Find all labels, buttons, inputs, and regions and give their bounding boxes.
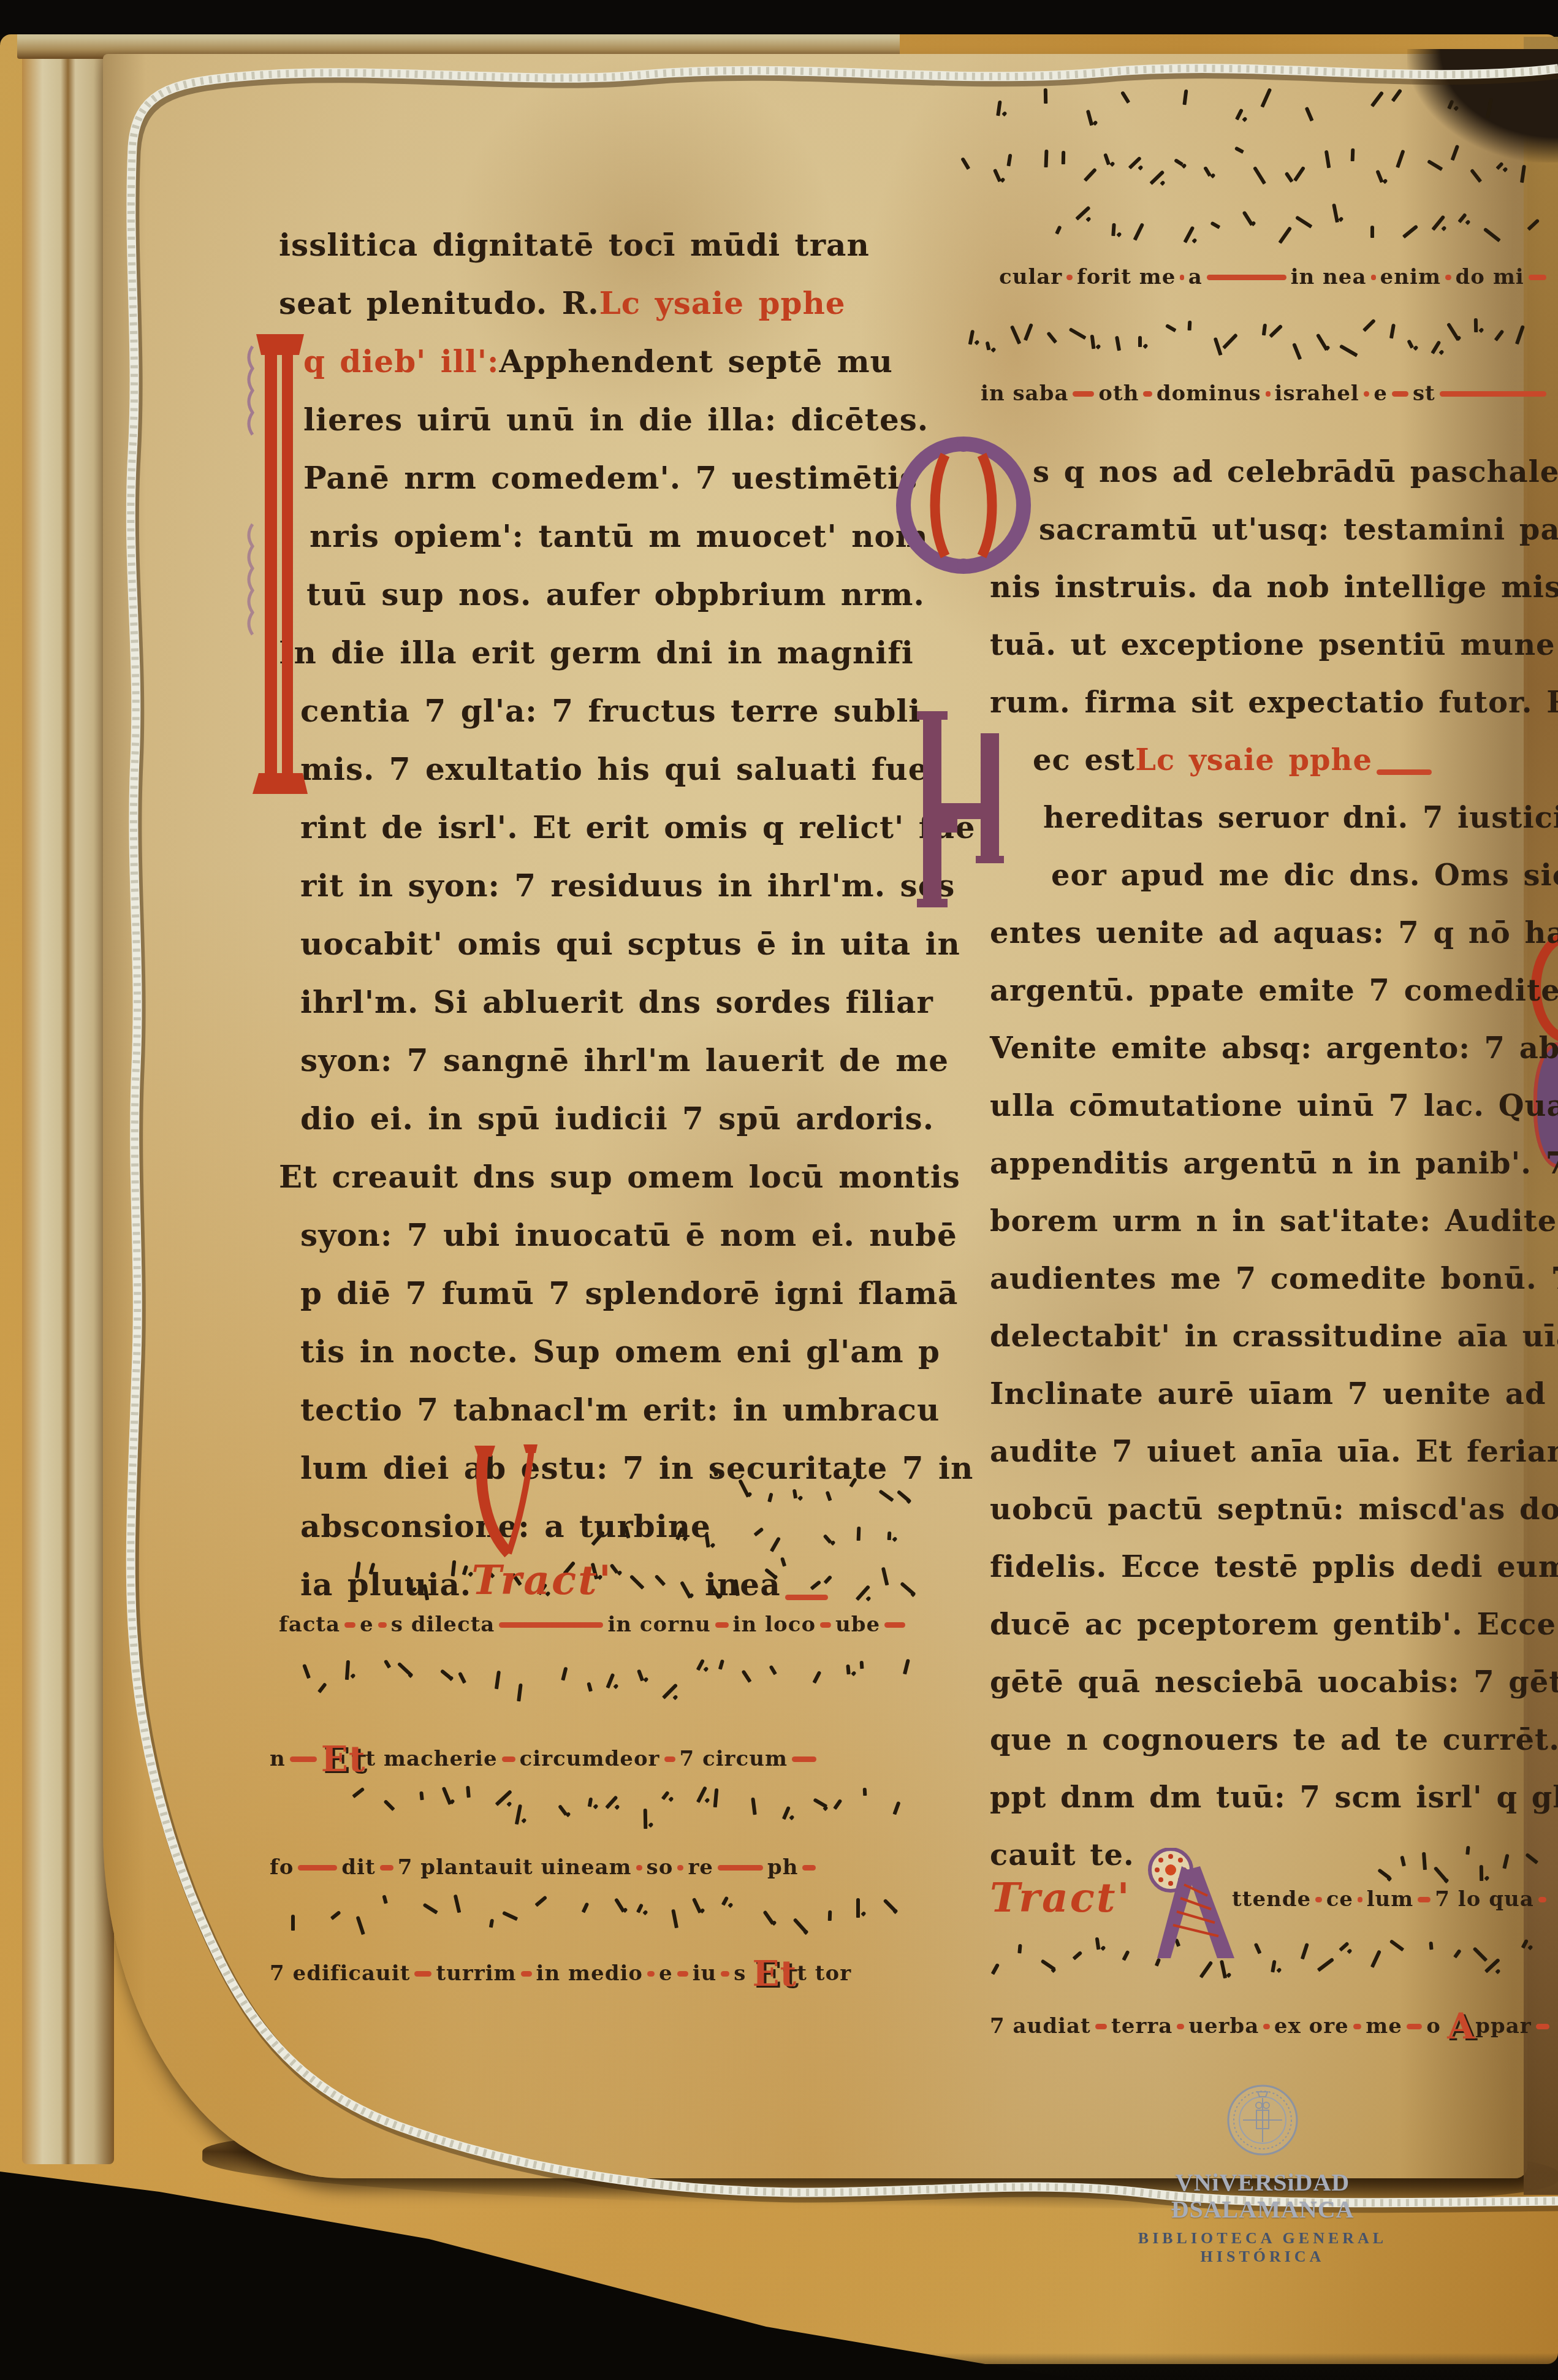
stacked-folio-edges-left [22,37,114,2164]
university-seal-icon [1226,2083,1299,2157]
text-line: rint de isrl'. Et erit omis q relict' fu… [279,785,929,843]
text-line: tuū sup nos. aufer obpbrium nrm. [279,552,929,610]
text-line: sacramtū ut'usq: testamini pagi [990,487,1529,544]
text-line: s q nos ad celebrādū paschale OR. [990,429,1529,487]
text-line: gētē quā nesciebā uocabis: 7 gētes [990,1639,1529,1697]
chant-lyric-line: cularforit meain neaenimdo mi [999,265,1551,289]
chant-lyric-line: factaes dilectain cornuin locoube [279,1612,922,1637]
text-line: lum diei ab estu: 7 in securitate 7 in [279,1425,929,1484]
text-line: dio ei. in spū iudicii 7 spū ardoris. [279,1076,929,1134]
neume-row [956,316,1538,359]
text-line: isslitica dignitatē tocī mūdi tran [279,202,929,261]
manuscript-scan: isslitica dignitatē tocī mūdi tran seat … [0,0,1558,2380]
text-line: hereditas seruor dni. 7 iusticia [990,775,1529,833]
watermark-institution-line1: VNiVERSiDAD [1140,2168,1385,2197]
scan-background-top [0,0,1558,34]
text-line: syon: 7 ubi inuocatū ē nom ei. nubē [279,1192,929,1251]
chant-lyric-line: 7 audiatterrauerbaex oremeoAppar [990,2012,1554,2040]
neume-row [288,1893,907,1936]
neume-row [288,1655,913,1698]
initial-H-maroon [914,711,1013,916]
text-line: Et creauit dns sup omem locū montis [279,1134,929,1192]
text-line-with-tract-rubric: ia pluuia. Tract'inea [279,1542,929,1600]
text-line: centia 7 gl'a: 7 fructus terre subli [279,668,929,727]
initial-I-red [244,328,311,803]
text-line: Venite emite absq: argento: 7 absq: [990,1005,1529,1063]
text-line: p diē 7 fumū 7 splendorē igni flamā [279,1251,929,1309]
watermark-institution-line2: ÐSALAMANCA [1140,2195,1385,2224]
neume-row [343,1785,913,1828]
chant-lyric-line: fodit7 plantauit uineamsoreph [270,1855,919,1880]
text-line: ppt dnm dm tuū: 7 scm isrl' q glifi [990,1755,1529,1812]
watermark-library-name: BIBLIOTECA GENERAL HISTÓRICA [1079,2229,1446,2266]
text-line: seat plenitudo. R. Lc ysaie pphe [279,261,929,319]
chant-lyric-line: in sabaothdominusisrahelest [981,381,1551,406]
text-line: audite 7 uiuet anīa uīa. Et feriam [990,1409,1529,1467]
text-line: rum. firma sit expectatio futor. R. [990,660,1529,717]
text-line: lieres uirū unū in die illa: dicētes. [279,377,929,435]
text-line: delectabit' in crassitudine aīa uīa. [990,1294,1529,1351]
text-line: eor apud me dic dns. Oms sici [990,833,1529,890]
text-line: mis. 7 exultatio his qui saluati fue [279,727,929,785]
initial-D-purple-red [889,437,1036,577]
text-line: ihrl'm. Si abluerit dns sordes filiar [279,959,929,1018]
text-line: entes uenite ad aquas: 7 q nō habetis [990,890,1529,948]
text-line: syon: 7 sangnē ihrl'm lauerit de me [279,1018,929,1076]
text-line: cauit te. [990,1812,1529,1870]
neume-row [981,86,1532,129]
text-line: nris opiem': tantū m muocet' nom [279,494,929,552]
text-line: argentū. ppate emite 7 comedite. [990,948,1529,1005]
chant-lyric-line: nEtt macheriecircumdeor7 circum [270,1745,919,1773]
text-line: In die illa erit germ dni in magnifi [279,610,929,668]
right-text-column: s q nos ad celebrādū paschale OR. sacram… [990,429,1529,1870]
text-line: tis in nocte. Sup omem eni gl'am p [279,1309,929,1367]
scan-background-bottom-fade [919,2353,1558,2380]
neume-row [1042,202,1545,245]
text-line: audientes me 7 comedite bonū. 7 [990,1236,1529,1294]
text-line: ulla cōmutatione uinū 7 lac. Quare [990,1063,1529,1121]
text-line: tuā. ut exceptione psentiū mune [990,602,1529,660]
text-line: Panē nrm comedem'. 7 uestimētis [279,435,929,494]
text-line: tectio 7 tabnacl'm erit: in umbracu [279,1367,929,1425]
text-line: que n cognouers te ad te currēt. [990,1697,1529,1755]
text-line: q dieb' ill': Apphendent septē mu [279,319,929,377]
text-line: absconsione: a turbine [279,1484,929,1542]
text-line: fidelis. Ecce testē pplis dedi eum. [990,1524,1529,1582]
text-line: appenditis argentū n in panib'. 7 la [990,1121,1529,1178]
text-line: uobcū pactū septnū: miscd'as do [990,1467,1529,1524]
initial-V-red [473,1444,538,1563]
left-text-column: isslitica dignitatē tocī mūdi tran seat … [279,202,929,1600]
text-line: ducē ac pceptorem gentib'. Ecce [990,1582,1529,1639]
text-line: Inclinate aurē uīam 7 uenite ad me: [990,1351,1529,1409]
text-line: nis instruis. da nob intellige miscd'a [990,544,1529,602]
text-line: uocabit' omis qui scptus ē in uita in [279,901,929,959]
chant-lyric-line: 7 edificauitturrimin medioeiusEtt tor [270,1959,919,1988]
initial-A-purple-rosette [1139,1848,1237,1964]
chant-lyric-line: ttendecelum7 lo qua [1232,1887,1551,1912]
text-line-with-rubric: ec est Lc ysaie pphe [990,717,1529,775]
neume-row [993,1936,1538,1979]
text-line: rit in syon: 7 residuus in ihrl'm. scs [279,843,929,901]
text-line: borem urm n in sat'itate: Audite [990,1178,1529,1236]
tract-rubric: Tract' [990,1874,1131,1921]
neume-row [956,144,1538,187]
